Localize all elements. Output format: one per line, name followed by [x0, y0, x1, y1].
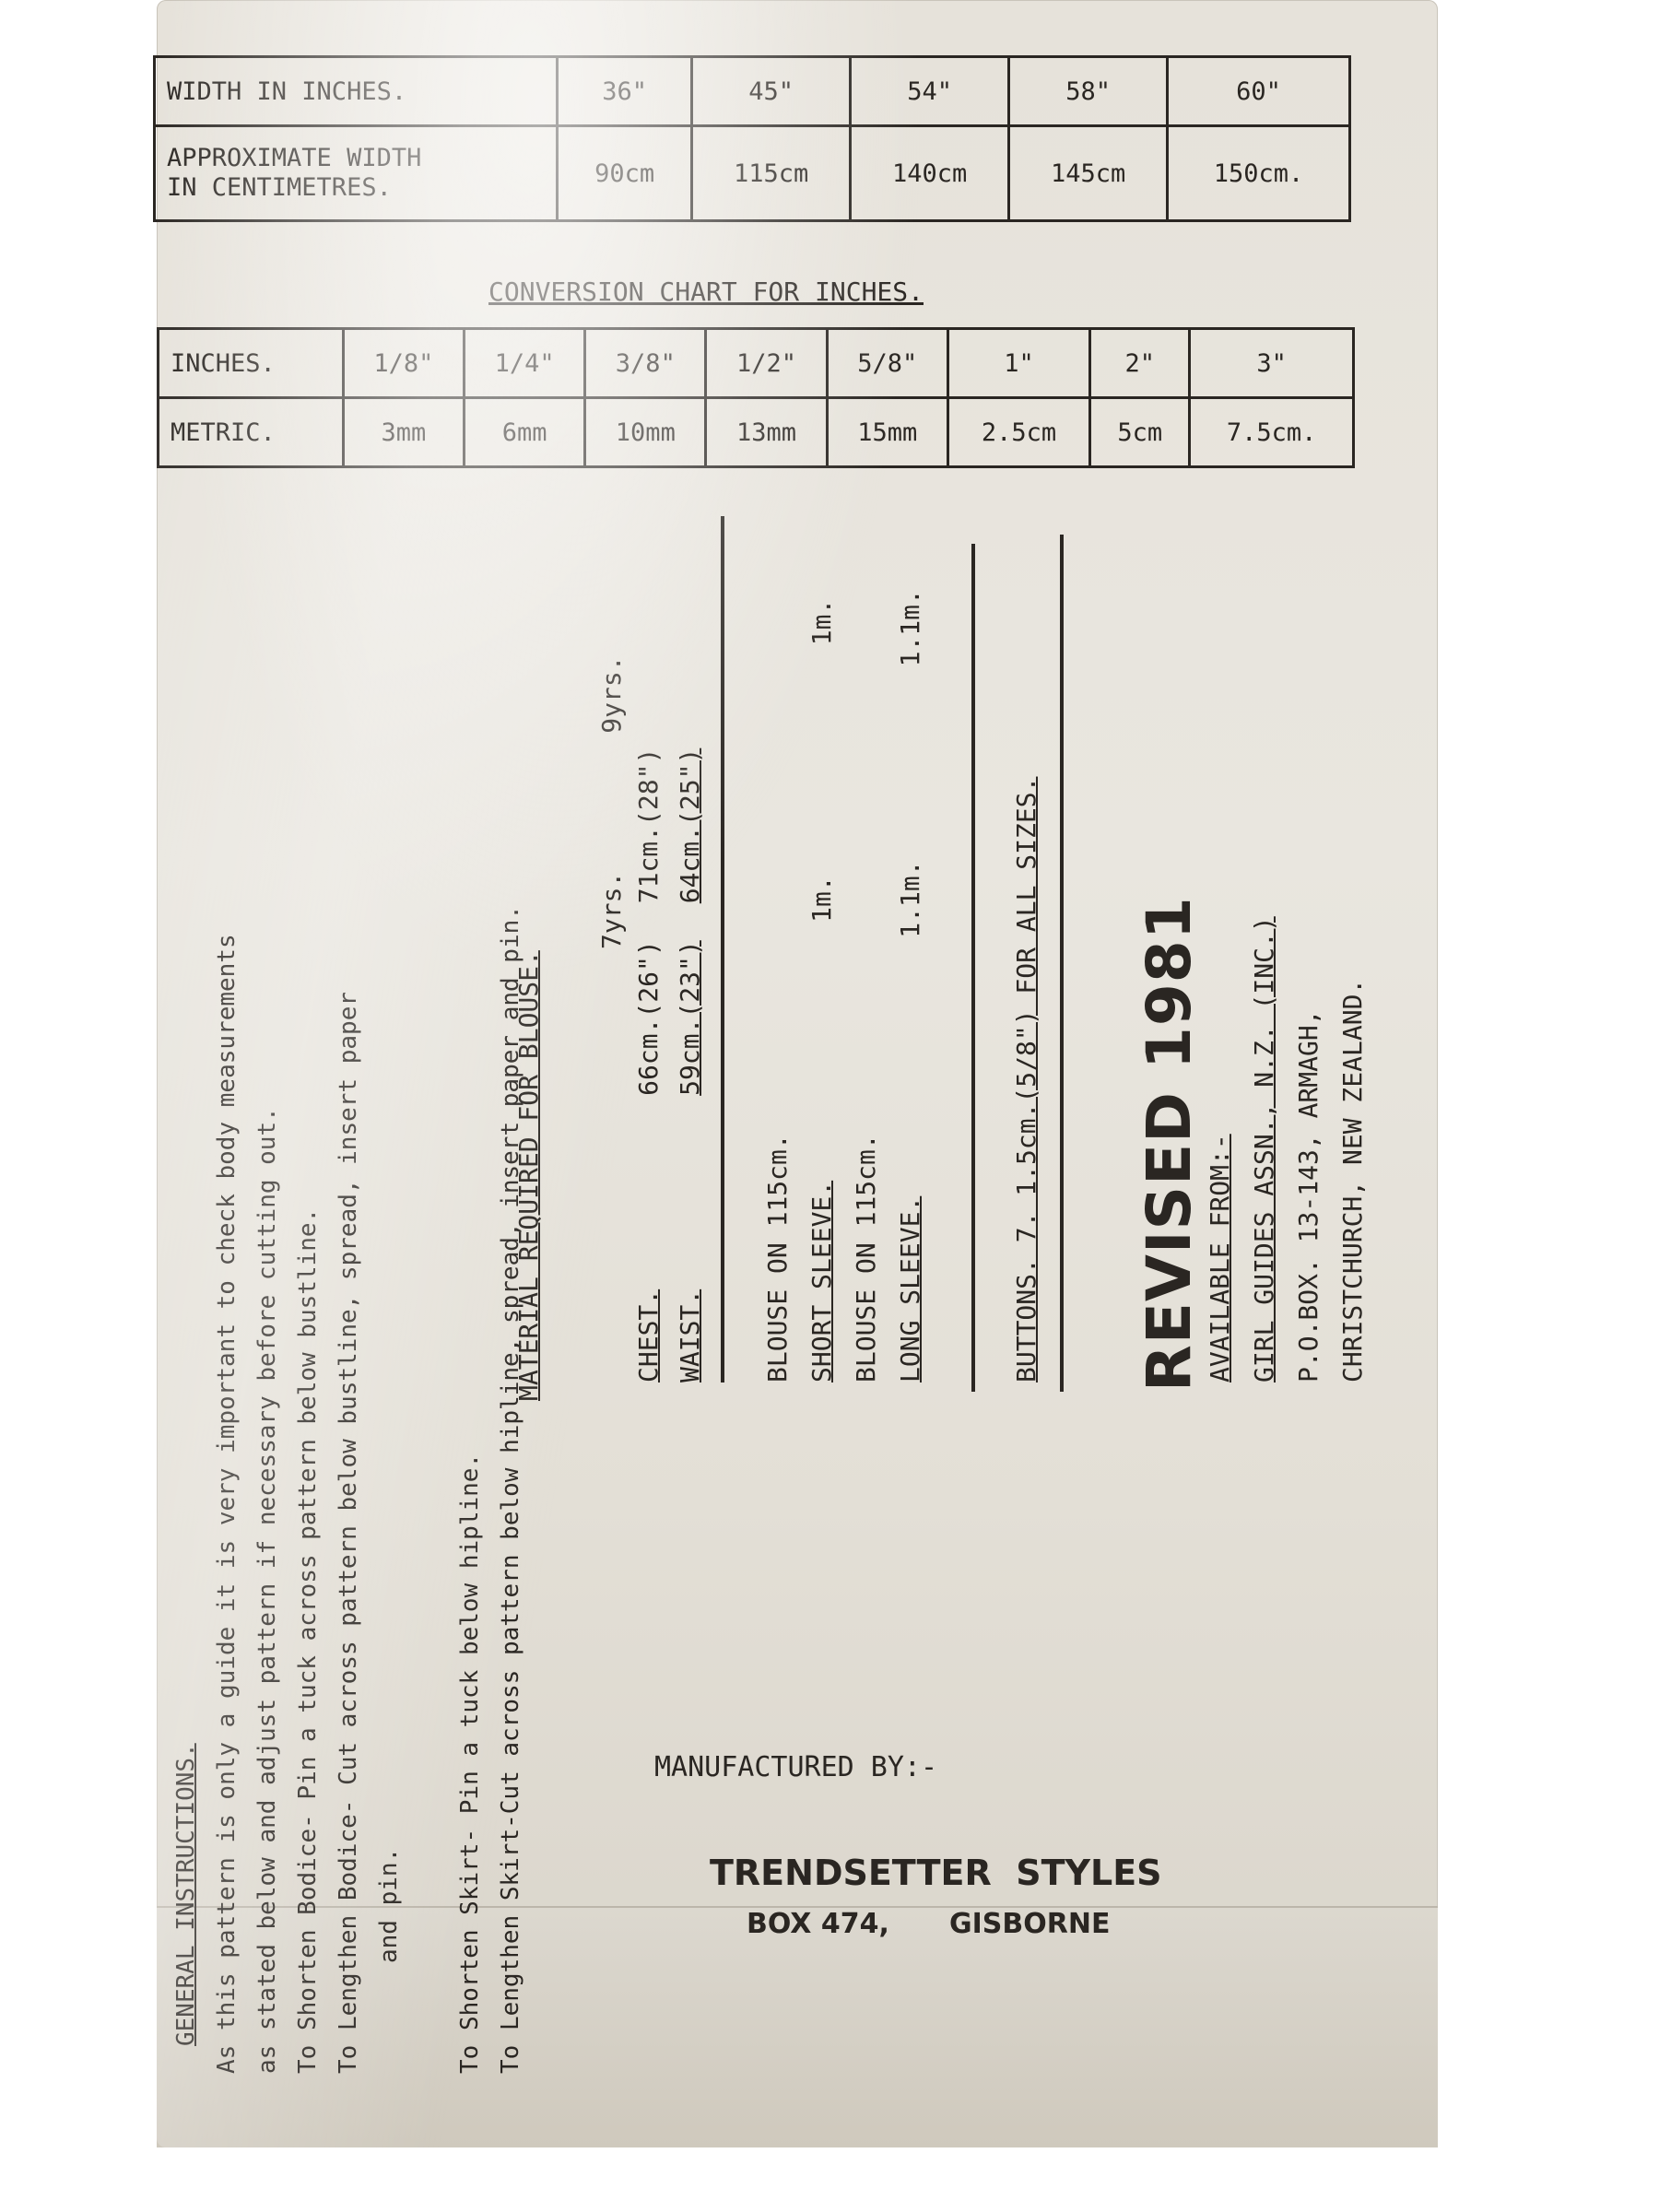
table-row: INCHES. 1/8" 1/4" 3/8" 1/2" 5/8" 1" 2" 3… [159, 329, 1354, 398]
waist-row: WAIST.59cm.(23")64cm.(25") [668, 748, 712, 1382]
fabric-sub: SHORT SLEEVE. [806, 1181, 837, 1382]
conversion-chart-title: CONVERSION CHART FOR INCHES. [488, 276, 924, 307]
table-cell: 140cm [851, 126, 1009, 221]
general-instructions: GENERAL INSTRUCTIONS. As this pattern is… [166, 905, 531, 2074]
waist-9: 64cm.(25") [675, 748, 705, 904]
revised-stamp: REVISED 1981 [1134, 896, 1205, 1392]
table-row: WIDTH IN INCHES. 36" 45" 54" 58" 60" [155, 57, 1350, 126]
material-title: MATERIAL REQUIRED FOR BLOUSE. [507, 950, 551, 1401]
waist-7: 59cm.(23") [675, 940, 705, 1096]
available-line: P.O.BOX. 13-143, ARMAGH, [1287, 916, 1331, 1382]
size-9: 9yrs. [596, 655, 627, 733]
divider-line [971, 544, 975, 1392]
waist-label: WAIST. [675, 1289, 705, 1382]
divider-line [721, 516, 724, 1382]
size-7: 7yrs. [596, 872, 627, 949]
fabric-9: 1.1m. [895, 589, 925, 666]
inches-label: INCHES. [159, 329, 344, 398]
table-cell: 90cm [558, 126, 692, 221]
divider-line [1060, 535, 1064, 1392]
table-cell: 3/8" [585, 329, 706, 398]
table-cell: 2.5cm [947, 398, 1089, 467]
table-cell: 54" [851, 57, 1009, 126]
table-cell: 1/4" [464, 329, 584, 398]
available-from: AVAILABLE FROM:- GIRL GUIDES ASSN., N.Z.… [1198, 916, 1375, 1382]
table-cell: 36" [558, 57, 692, 126]
instruction-line: As this pattern is only a guide it is ve… [206, 905, 247, 2074]
table-cell: 5cm [1090, 398, 1190, 467]
instruction-line [409, 905, 450, 2074]
revised-label: REVISED 1981 [1134, 896, 1205, 1392]
available-heading: AVAILABLE FROM:- [1198, 916, 1242, 1382]
fabric-7: 1m. [806, 876, 837, 923]
table-cell: 13mm [706, 398, 827, 467]
chest-row: CHEST.66cm.(26")71cm.(28") [627, 748, 671, 1382]
table-cell: 3" [1190, 329, 1354, 398]
manufacturer-city: GISBORNE [949, 1908, 1110, 1940]
manufactured-by-label: MANUFACTURED BY:- [654, 1751, 937, 1783]
fabric-label: BLOUSE ON 115cm. [762, 1134, 793, 1382]
available-line: GIRL GUIDES ASSN., N.Z. (INC.) [1242, 916, 1287, 1382]
instruction-line: To Shorten Bodice- Pin a tuck across pat… [288, 905, 328, 2074]
table-cell: 10mm [585, 398, 706, 467]
instruction-line: To Lengthen Bodice- Cut across pattern b… [328, 905, 369, 2074]
table-cell: 5/8" [827, 329, 947, 398]
table-cell: 60" [1168, 57, 1350, 126]
chest-7: 66cm.(26") [633, 940, 664, 1096]
table-cell: 6mm [464, 398, 584, 467]
table-cell: 3mm [343, 398, 464, 467]
table-cell: 145cm [1009, 126, 1168, 221]
instruction-line: and pin. [369, 905, 409, 2074]
table-cell: 45" [692, 57, 851, 126]
buttons-text: BUTTONS. 7. 1.5cm.(5/8") FOR ALL SIZES. [1005, 777, 1049, 1382]
available-line: CHRISTCHURCH, NEW ZEALAND. [1331, 916, 1375, 1382]
table-row: METRIC. 3mm 6mm 10mm 13mm 15mm 2.5cm 5cm… [159, 398, 1354, 467]
chest-9: 71cm.(28") [633, 748, 664, 904]
width-cm-label: APPROXIMATE WIDTH IN CENTIMETRES. [155, 126, 558, 221]
fabric-label: BLOUSE ON 115cm. [851, 1134, 881, 1382]
table-cell: 7.5cm. [1190, 398, 1354, 467]
manufacturer-name: TRENDSETTER STYLES [710, 1853, 1162, 1893]
label-line: APPROXIMATE WIDTH [167, 144, 421, 172]
pattern-envelope: WIDTH IN INCHES. 36" 45" 54" 58" 60" APP… [157, 0, 1438, 2147]
instruction-line: To Shorten Skirt- Pin a tuck below hipli… [450, 905, 490, 2074]
table-row: APPROXIMATE WIDTH IN CENTIMETRES. 90cm 1… [155, 126, 1350, 221]
table-cell: 1/2" [706, 329, 827, 398]
buttons-row: BUTTONS. 7. 1.5cm.(5/8") FOR ALL SIZES. [1005, 777, 1049, 1382]
fabric-rows: BLOUSE ON 115cm. SHORT SLEEVE.1m.1m. BLO… [756, 589, 933, 1382]
table-cell: 1" [947, 329, 1089, 398]
material-required: MATERIAL REQUIRED FOR BLOUSE. [507, 950, 551, 1401]
instructions-heading: GENERAL INSTRUCTIONS. [166, 905, 206, 2074]
table-cell: 2" [1090, 329, 1190, 398]
chest-label: CHEST. [633, 1289, 664, 1382]
manufacturer-box: BOX 474, [747, 1908, 889, 1940]
table-cell: 115cm [692, 126, 851, 221]
fabric-sub: LONG SLEEVE. [895, 1196, 925, 1382]
label-line: IN CENTIMETRES. [167, 173, 392, 202]
conversion-chart-table: INCHES. 1/8" 1/4" 3/8" 1/2" 5/8" 1" 2" 3… [157, 327, 1355, 468]
fabric-7: 1.1m. [895, 860, 925, 937]
table-cell: 150cm. [1168, 126, 1350, 221]
instruction-line: as stated below and adjust pattern if ne… [247, 905, 288, 2074]
table-cell: 1/8" [343, 329, 464, 398]
fabric-width-table: WIDTH IN INCHES. 36" 45" 54" 58" 60" APP… [153, 55, 1351, 222]
width-inches-label: WIDTH IN INCHES. [155, 57, 558, 126]
table-cell: 58" [1009, 57, 1168, 126]
metric-label: METRIC. [159, 398, 344, 467]
table-cell: 15mm [827, 398, 947, 467]
fabric-9: 1m. [806, 599, 837, 646]
